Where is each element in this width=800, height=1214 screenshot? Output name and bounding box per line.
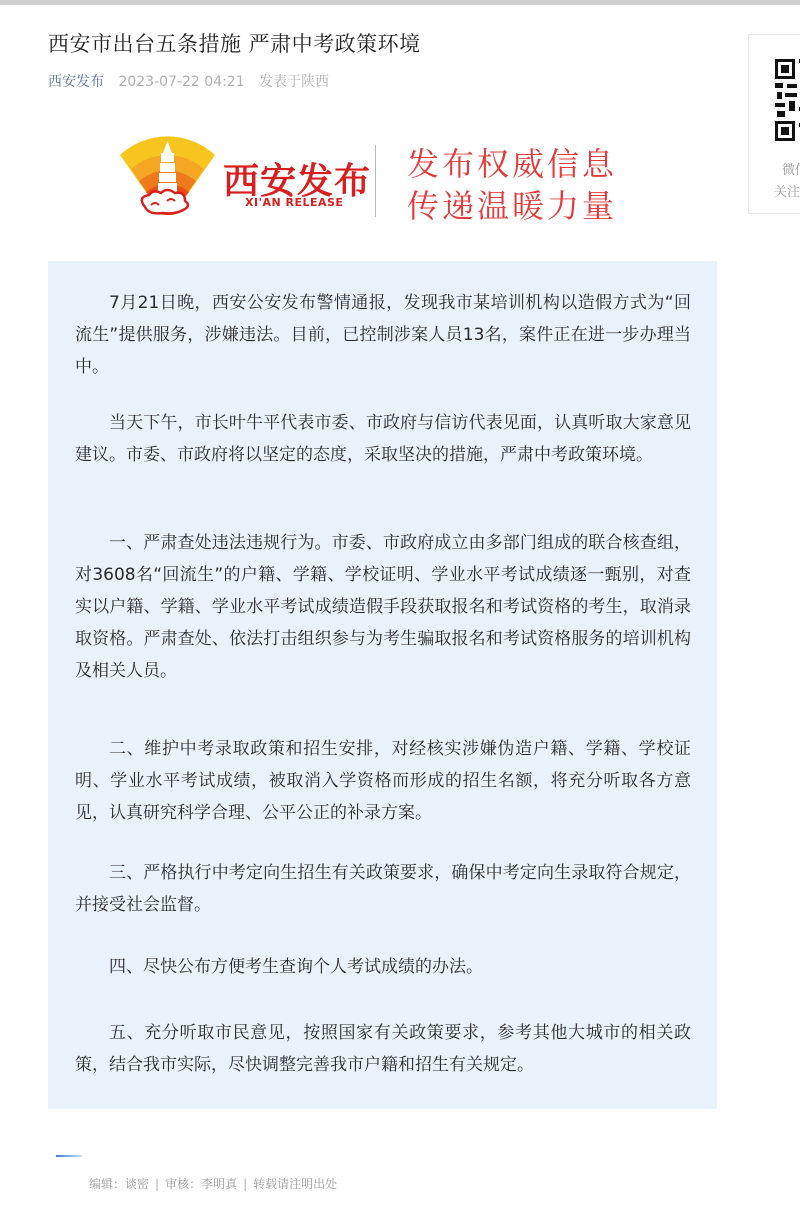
reviewer-credit: 审核：李明真 <box>165 1177 237 1191</box>
source-link[interactable]: 西安发布 <box>48 74 104 90</box>
footer-credits: 编辑：谈密|审核：李明真|转载请注明出处 <box>89 1175 337 1192</box>
banner-divider <box>375 145 376 217</box>
paragraph-measure-2: 二、维护中考录取政策和招生安排，对经核实涉嫌伪造户籍、学籍、学校证明、学业水平考… <box>75 733 691 829</box>
paragraph-measure-1: 一、严肃查处违法违规行为。市委、市政府成立由多部门组成的联合核查组，对3608名… <box>75 527 691 687</box>
top-bar <box>0 0 800 5</box>
paragraph-measure-5: 五、充分听取市民意见，按照国家有关政策要求，参考其他大城市的相关政策，结合我市实… <box>75 1017 691 1081</box>
paragraph-intro: 7月21日晚，西安公安发布警情通报，发现我市某培训机构以造假方式为“回流生”提供… <box>75 287 691 383</box>
qr-label-line1: 微信 <box>782 159 800 178</box>
qr-label-line2: 关注 <box>774 181 800 200</box>
editor-credit: 编辑：谈密 <box>89 1177 149 1191</box>
publish-location: 发表于陕西 <box>259 74 329 90</box>
slogan-line2: 传递温暖力量 <box>407 181 617 227</box>
paragraph-meeting: 当天下午，市长叶牛平代表市委、市政府与信访代表见面，认真听取大家意见建议。市委、… <box>75 407 691 471</box>
separator: | <box>155 1177 159 1191</box>
publish-date: 2023-07-22 04:21 <box>118 74 244 90</box>
pagoda-logo-icon <box>115 135 220 220</box>
separator: | <box>243 1177 247 1191</box>
article-body: 7月21日晚，西安公安发布警情通报，发现我市某培训机构以造假方式为“回流生”提供… <box>48 261 717 1109</box>
paragraph-measure-3: 三、严格执行中考定向生招生有关政策要求，确保中考定向生录取符合规定，并接受社会监… <box>75 857 691 921</box>
paragraph-measure-4: 四、尽快公布方便考生查询个人考试成绩的办法。 <box>75 951 691 983</box>
qr-follow-card: 微信 关注 <box>748 34 800 214</box>
footer-accent-line <box>56 1155 82 1157</box>
brand-banner: 西安发布 XI'AN RELEASE 发布权威信息 传递温暖力量 <box>115 135 645 225</box>
slogan-line1: 发布权威信息 <box>407 139 617 185</box>
article-meta: 西安发布 2023-07-22 04:21 发表于陕西 <box>48 71 329 91</box>
logo-english: XI'AN RELEASE <box>245 196 343 209</box>
reprint-notice: 转载请注明出处 <box>253 1177 337 1191</box>
qr-code-icon <box>773 57 800 143</box>
article-title: 西安市出台五条措施 严肃中考政策环境 <box>48 28 421 58</box>
